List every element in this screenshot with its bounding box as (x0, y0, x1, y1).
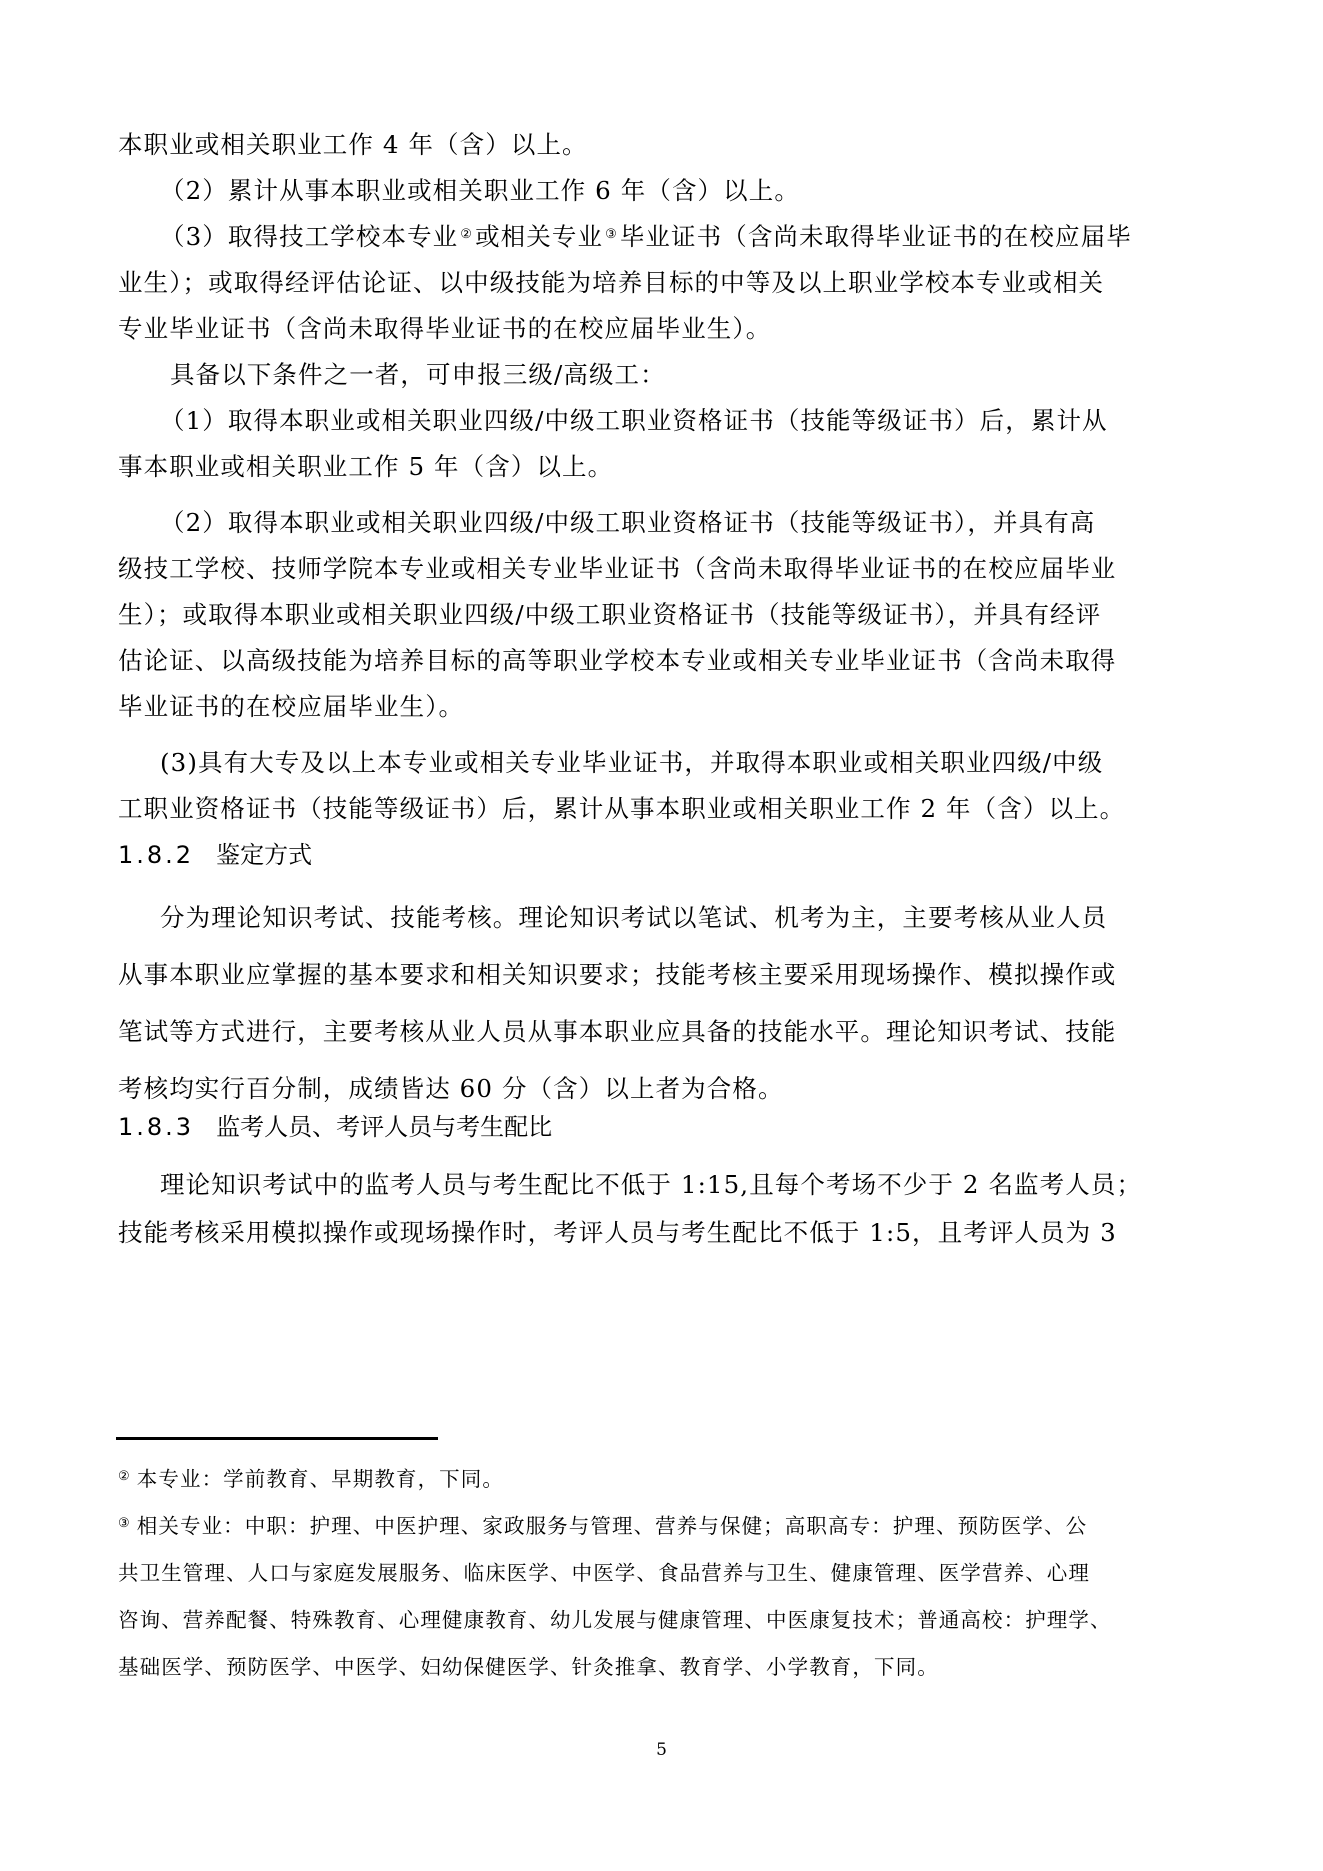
body-line: 估论证、以高级技能为培养目标的高等职业学校本专业或相关专业毕业证书（含尚未取得 (118, 646, 1178, 676)
footnote-mark: ② (118, 1469, 131, 1484)
body-line: 事本职业或相关职业工作 5 年（含）以上。 (118, 452, 1178, 482)
text-segment: 毕业证书（含尚未取得毕业证书的在校应届毕 (620, 222, 1132, 251)
footnote-line: 共卫生管理、人口与家庭发展服务、临床医学、中医学、食品营养与卫生、健康管理、医学… (118, 1560, 1178, 1586)
paragraph-line: 从事本职业应掌握的基本要求和相关知识要求；技能考核主要采用现场操作、模拟操作或 (118, 960, 1178, 990)
section-title: 监考人员、考评人员与考生配比 (216, 1113, 552, 1141)
footnote-mark: ③ (118, 1516, 131, 1531)
section-number: 1.8.2 (118, 841, 194, 869)
body-line: 级技工学校、技师学院本专业或相关专业毕业证书（含尚未取得毕业证书的在校应届毕业 (118, 554, 1178, 584)
body-line: 生）；或取得本职业或相关职业四级/中级工职业资格证书（技能等级证书），并具有经评 (118, 600, 1178, 630)
footnote-3: ③相关专业：中职：护理、中医护理、家政服务与管理、营养与保健；高职高专：护理、预… (118, 1513, 1178, 1539)
body-line: 业生）；或取得经评估论证、以中级技能为培养目标的中等及以上职业学校本专业或相关 (118, 268, 1178, 298)
paragraph-line: 考核均实行百分制，成绩皆达 60 分（含）以上者为合格。 (118, 1074, 1178, 1104)
section-number: 1.8.3 (118, 1113, 194, 1141)
body-line: 专业毕业证书（含尚未取得毕业证书的在校应届毕业生）。 (118, 314, 1178, 344)
body-line: （2）累计从事本职业或相关职业工作 6 年（含）以上。 (160, 176, 1220, 206)
page-number: 5 (0, 1740, 1323, 1760)
body-line: 工职业资格证书（技能等级证书）后，累计从事本职业或相关职业工作 2 年（含）以上… (118, 794, 1178, 824)
footnote-2: ②本专业：学前教育、早期教育，下同。 (118, 1466, 1178, 1492)
body-line: （2）取得本职业或相关职业四级/中级工职业资格证书（技能等级证书），并具有高 (160, 508, 1220, 538)
body-line: 本职业或相关职业工作 4 年（含）以上。 (118, 130, 1178, 160)
text-segment: （3）取得技工学校本专业 (160, 222, 458, 251)
footnote-text: 本专业：学前教育、早期教育，下同。 (137, 1467, 504, 1491)
section-title: 鉴定方式 (216, 841, 312, 869)
body-line: (3)具有大专及以上本专业或相关专业毕业证书，并取得本职业或相关职业四级/中级 (160, 748, 1220, 778)
paragraph-line: 分为理论知识考试、技能考核。理论知识考试以笔试、机考为主，主要考核从业人员 (160, 903, 1220, 933)
body-line: （1）取得本职业或相关职业四级/中级工职业资格证书（技能等级证书）后，累计从 (160, 406, 1220, 436)
paragraph-line: 笔试等方式进行，主要考核从业人员从事本职业应具备的技能水平。理论知识考试、技能 (118, 1017, 1178, 1047)
footnote-ref-2[interactable]: ② (460, 227, 473, 242)
document-page: 本职业或相关职业工作 4 年（含）以上。 （2）累计从事本职业或相关职业工作 6… (0, 0, 1323, 1871)
body-line: 具备以下条件之一者，可申报三级/高级工： (170, 360, 1230, 390)
section-heading-1-8-2: 1.8.2鉴定方式 (118, 840, 312, 870)
text-segment: 或相关专业 (475, 222, 603, 251)
footnote-ref-3[interactable]: ③ (605, 227, 618, 242)
footnote-line: 咨询、营养配餐、特殊教育、心理健康教育、幼儿发展与健康管理、中医康复技术；普通高… (118, 1607, 1178, 1633)
paragraph-line: 技能考核采用模拟操作或现场操作时，考评人员与考生配比不低于 1:5，且考评人员为… (118, 1218, 1178, 1248)
footnote-line: 基础医学、预防医学、中医学、妇幼保健医学、针灸推拿、教育学、小学教育，下同。 (118, 1654, 1178, 1680)
body-line: （3）取得技工学校本专业②或相关专业③毕业证书（含尚未取得毕业证书的在校应届毕 (160, 222, 1220, 252)
footnote-text: 相关专业：中职：护理、中医护理、家政服务与管理、营养与保健；高职高专：护理、预防… (137, 1514, 1087, 1538)
paragraph-line: 理论知识考试中的监考人员与考生配比不低于 1:15,且每个考场不少于 2 名监考… (160, 1170, 1220, 1200)
footnote-separator (116, 1437, 438, 1440)
body-line: 毕业证书的在校应届毕业生）。 (118, 692, 1178, 722)
section-heading-1-8-3: 1.8.3监考人员、考评人员与考生配比 (118, 1112, 552, 1142)
